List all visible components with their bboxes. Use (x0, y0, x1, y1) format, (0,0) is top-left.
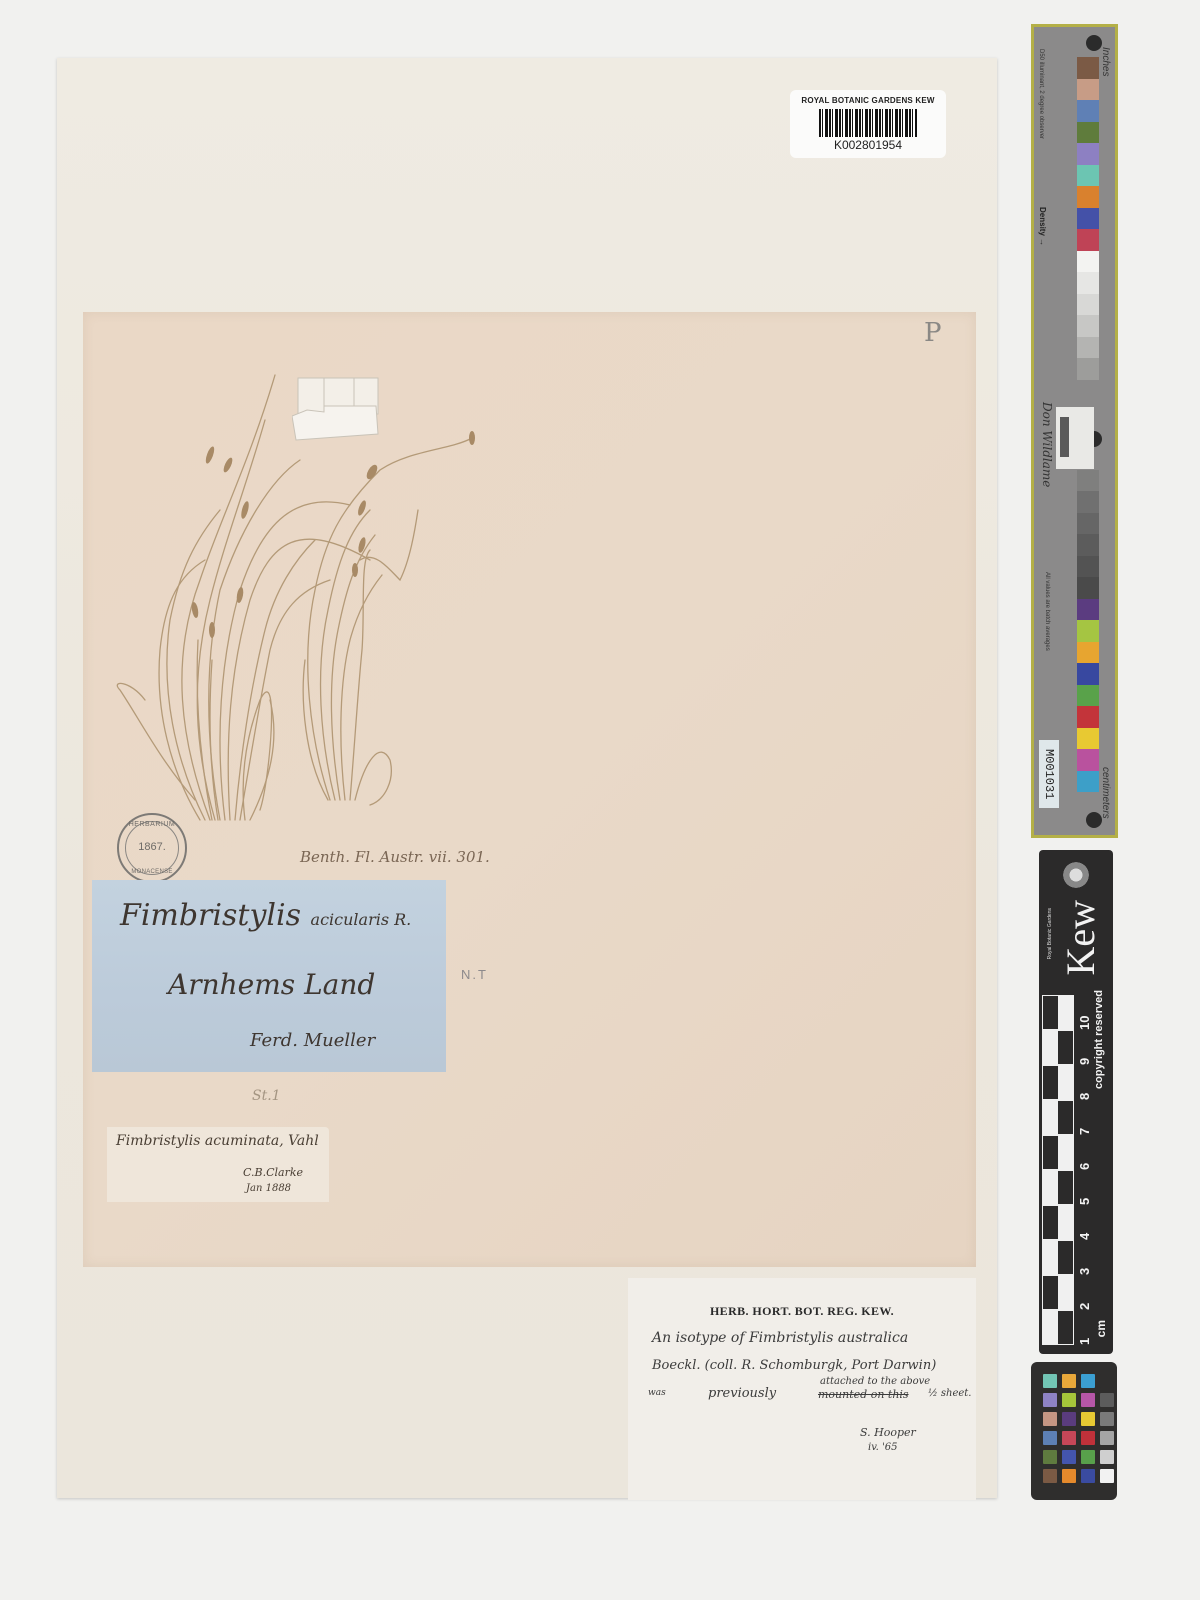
strip-id: M001031 (1039, 740, 1059, 808)
strip-swatch (1077, 642, 1099, 664)
ruler-number: 5 (1077, 1170, 1092, 1205)
strip-swatch (1077, 315, 1099, 337)
color-chip (1100, 1469, 1114, 1483)
ruler-segment (1042, 1275, 1074, 1310)
strip-swatch (1077, 599, 1099, 621)
color-chip (1062, 1431, 1076, 1445)
ruler-segment (1042, 1065, 1074, 1100)
color-chip (1100, 1450, 1114, 1464)
strip-swatch (1077, 663, 1099, 685)
strip-swatch (1077, 57, 1099, 79)
kew-label-title: HERB. HORT. BOT. REG. KEW. (628, 1304, 976, 1319)
strip-swatch (1077, 294, 1099, 316)
color-chip (1081, 1393, 1095, 1407)
region-note: N.T (461, 967, 488, 982)
color-chip (1081, 1431, 1095, 1445)
strip-swatch (1077, 556, 1099, 578)
color-chip (1043, 1393, 1057, 1407)
stamp-year: 1867. (119, 841, 185, 853)
color-chip (1043, 1412, 1057, 1426)
kew-annotation-label: HERB. HORT. BOT. REG. KEW. An isotype of… (628, 1278, 976, 1500)
ruler-number: 4 (1077, 1205, 1092, 1240)
kew-label-line2: Boeckl. (coll. R. Schomburgk, Port Darwi… (652, 1358, 936, 1373)
strip-swatch (1077, 272, 1099, 294)
strip-density-label: Density → (1038, 207, 1047, 246)
color-checker-card (1031, 1362, 1117, 1500)
corner-mark: P (924, 318, 942, 348)
strip-swatch (1077, 358, 1099, 380)
unit-label: cm (1094, 1320, 1108, 1337)
strip-swatch (1077, 706, 1099, 728)
color-chip (1081, 1412, 1095, 1426)
kew-scale-bar: Royal Botanic Gardens Kew 10987654321 co… (1039, 850, 1113, 1354)
stamp-top-text: HERBARIUM (119, 821, 185, 828)
strip-swatch (1077, 251, 1099, 273)
kew-logo: Kew (1057, 900, 1104, 976)
kew-label-line3-struck: mounted on this (818, 1388, 909, 1401)
kew-label-line3-suffix: ½ sheet. (928, 1388, 971, 1399)
ruler-number: 8 (1077, 1065, 1092, 1100)
strip-swatch (1077, 100, 1099, 122)
ruler-segment (1042, 1030, 1074, 1065)
ruler-segment (1042, 1310, 1074, 1345)
ruler-segment (1042, 995, 1074, 1030)
color-chip (1062, 1393, 1076, 1407)
kew-label-line1: An isotype of Fimbristylis australica (652, 1330, 908, 1346)
color-chip (1081, 1450, 1095, 1464)
ruler-segment (1042, 1240, 1074, 1275)
strip-swatch (1077, 122, 1099, 144)
strip-illuminant-note: D50 illuminant, 2 degree observer (1038, 49, 1044, 139)
strip-swatch (1077, 513, 1099, 535)
ruler-number: 9 (1077, 1030, 1092, 1065)
determiner-name: C.B.Clarke (243, 1166, 303, 1179)
ruler-segment (1042, 1205, 1074, 1240)
color-chip (1081, 1374, 1095, 1388)
kew-label-line3-insert: attached to the above (820, 1376, 930, 1387)
barcode-number: K002801954 (790, 138, 946, 152)
color-calibration-strip: D50 illuminant, 2 degree observer Densit… (1031, 24, 1118, 838)
color-chip (1043, 1374, 1057, 1388)
strip-swatch (1077, 186, 1099, 208)
ruler-number: 7 (1077, 1100, 1092, 1135)
strip-swatch (1077, 165, 1099, 187)
original-label-genus: Fimbristylis (120, 898, 301, 933)
ruler-segment (1042, 1135, 1074, 1170)
color-chip (1100, 1431, 1114, 1445)
barcode-bars (819, 109, 917, 137)
color-chip (1062, 1450, 1076, 1464)
strip-inches-label: Inches (1100, 47, 1111, 76)
original-label-collector: Ferd. Mueller (250, 1030, 375, 1051)
kew-label-line3-main: previously (708, 1386, 776, 1401)
determination-name: Fimbristylis acuminata, Vahl (116, 1133, 319, 1149)
copyright-text: copyright reserved (1093, 990, 1105, 1089)
strip-swatch (1077, 208, 1099, 230)
strip-swatches (1077, 57, 1099, 792)
color-chip (1100, 1374, 1114, 1388)
ruler-number: 1 (1077, 1310, 1092, 1345)
ruler-number: 10 (1077, 995, 1092, 1030)
original-label-epithet: acicularis R. (311, 910, 412, 929)
strip-swatch (1077, 728, 1099, 750)
sheet-note: St.1 (252, 1088, 281, 1104)
color-chip (1062, 1374, 1076, 1388)
strip-average-note: All values are batch averages (1044, 572, 1050, 651)
kew-label-signature: S. Hooper (860, 1426, 916, 1439)
strip-swatch (1077, 143, 1099, 165)
strip-swatch (1077, 534, 1099, 556)
strip-swatch (1077, 491, 1099, 513)
color-chip (1043, 1431, 1057, 1445)
herbarium-stamp: HERBARIUM 1867. MONACENSE (117, 813, 187, 883)
stamp-bottom-text: MONACENSE (119, 869, 185, 875)
color-chip (1062, 1412, 1076, 1426)
ruler-segment (1042, 1100, 1074, 1135)
reference-note: Benth. Fl. Austr. vii. 301. (300, 848, 490, 866)
cm-ruler (1042, 995, 1074, 1345)
kew-crest-icon (1061, 860, 1091, 890)
strip-swatch (1077, 577, 1099, 599)
kew-label-line3-prefix: was (648, 1388, 666, 1398)
plant-specimen (100, 360, 500, 840)
color-chip (1100, 1412, 1114, 1426)
strip-swatch (1077, 470, 1099, 492)
ruler-segment (1042, 1170, 1074, 1205)
strip-swatch (1077, 337, 1099, 359)
strip-swatch (1077, 79, 1099, 101)
original-label-locality: Arnhems Land (168, 968, 375, 1001)
original-label-name: Fimbristylis acicularis R. (120, 898, 411, 933)
strip-swatch (1077, 685, 1099, 707)
kew-subtitle: Royal Botanic Gardens (1047, 908, 1053, 959)
strip-swatch (1077, 620, 1099, 642)
color-chip (1100, 1393, 1114, 1407)
strip-swatch (1077, 749, 1099, 771)
strip-brand: Don Wildlame (1040, 402, 1054, 487)
kew-label-date: iv. '65 (868, 1442, 898, 1453)
barcode-label: ROYAL BOTANIC GARDENS KEW K002801954 (790, 90, 946, 158)
strip-swatch (1077, 771, 1099, 793)
ruler-numbers: 10987654321 (1077, 995, 1091, 1345)
determination-date: Jan 1888 (246, 1183, 291, 1194)
ruler-number: 2 (1077, 1275, 1092, 1310)
color-chip (1062, 1469, 1076, 1483)
ruler-number: 3 (1077, 1240, 1092, 1275)
color-chip (1043, 1450, 1057, 1464)
strip-swatch (1077, 229, 1099, 251)
ruler-number: 6 (1077, 1135, 1092, 1170)
color-chip (1081, 1469, 1095, 1483)
strip-cm-label: centimeters (1100, 767, 1111, 819)
color-chip (1043, 1469, 1057, 1483)
barcode-title: ROYAL BOTANIC GARDENS KEW (790, 96, 946, 105)
